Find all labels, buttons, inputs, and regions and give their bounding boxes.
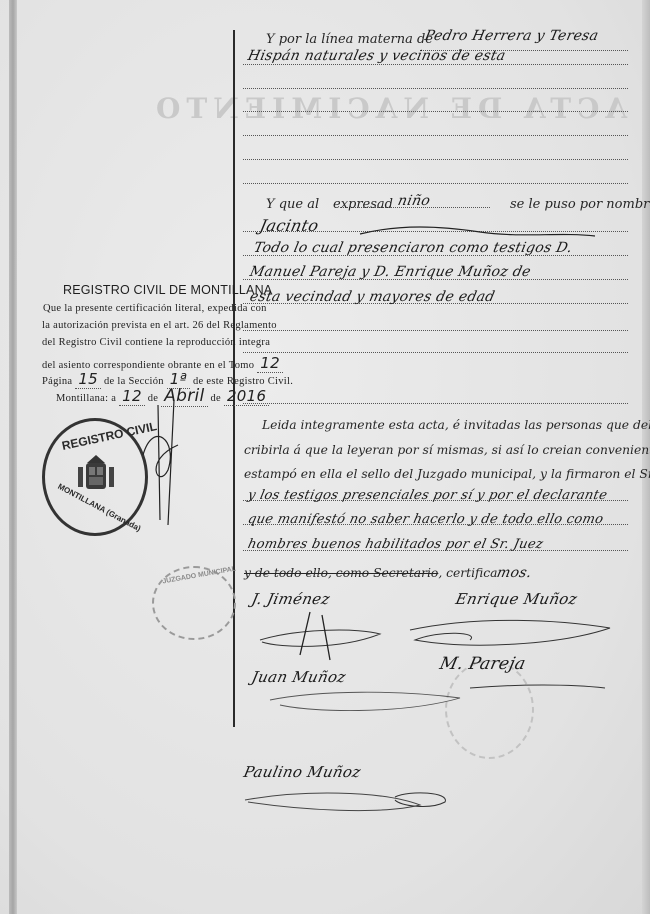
document-page: ACTA DE NACIMIENTO Y por la línea matern…: [0, 0, 650, 914]
signature-flourishes: [0, 0, 650, 914]
